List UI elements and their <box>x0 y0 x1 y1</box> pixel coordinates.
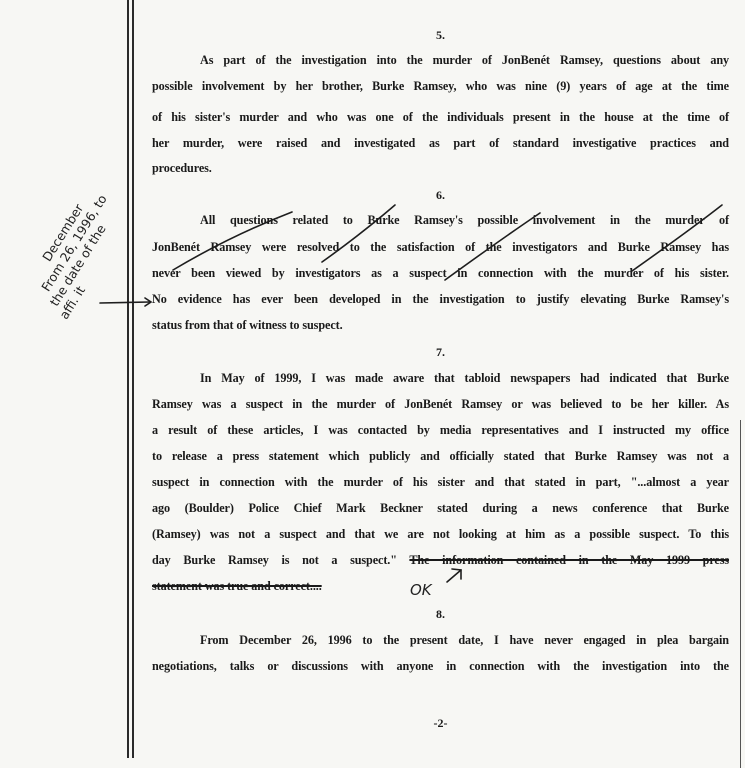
ok-arrow-icon <box>447 570 461 582</box>
document-page: 5. As part of the investigation into the… <box>0 0 745 768</box>
strike-slash-icon <box>322 205 395 262</box>
pen-marks-overlay <box>0 0 745 768</box>
strike-slash-icon <box>632 205 722 271</box>
margin-arrow-icon <box>100 302 150 303</box>
strike-slash-icon <box>173 212 292 270</box>
strike-slash-icon <box>445 213 540 280</box>
